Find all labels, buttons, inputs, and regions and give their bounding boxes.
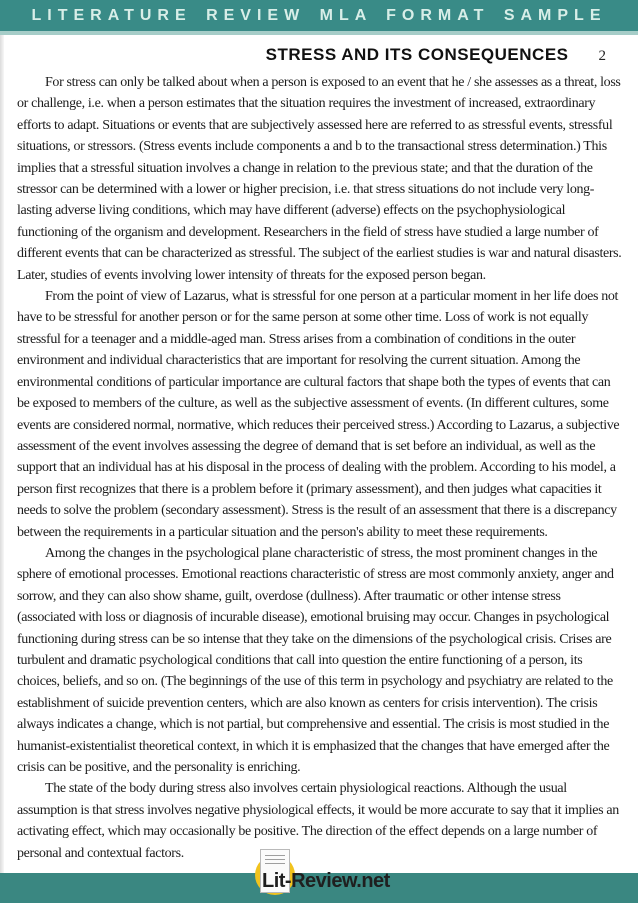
running-head: STRESS AND ITS CONSEQUENCES 2 (17, 43, 622, 65)
body-paragraph: From the point of view of Lazarus, what … (17, 286, 622, 543)
banner-title: LITERATURE REVIEW MLA FORMAT SAMPLE (31, 7, 606, 25)
document-page: STRESS AND ITS CONSEQUENCES 2 For stress… (0, 35, 638, 864)
body-paragraph: Among the changes in the psychological p… (17, 543, 622, 778)
page-number: 2 (599, 48, 607, 65)
screenshot-frame: LITERATURE REVIEW MLA FORMAT SAMPLE STRE… (0, 0, 638, 903)
brand-wordmark: Lit-Review.net (262, 870, 390, 893)
top-banner: LITERATURE REVIEW MLA FORMAT SAMPLE (0, 0, 638, 31)
document-body: For stress can only be talked about when… (17, 72, 622, 864)
lit-review-logo[interactable]: Lit-Review.net (255, 849, 387, 895)
body-paragraph: For stress can only be talked about when… (17, 72, 622, 286)
page-edge-shadow (0, 35, 4, 873)
document-title: STRESS AND ITS CONSEQUENCES (266, 45, 569, 65)
